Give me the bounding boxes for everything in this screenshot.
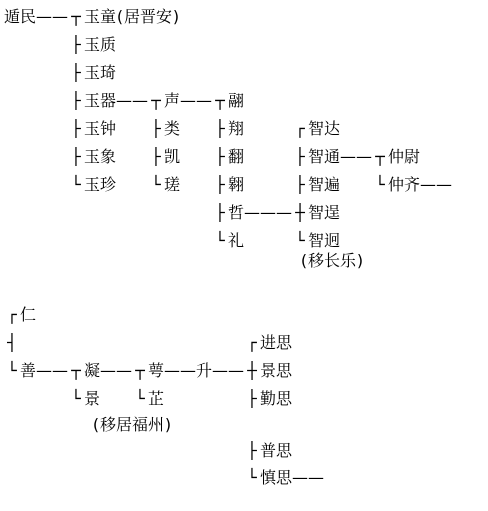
char-cell: — [420, 176, 436, 194]
char-cell: 遍 [324, 176, 340, 194]
char-cell: 景 [260, 362, 276, 380]
char-cell: — [244, 204, 260, 222]
line-zhitong-zhongwei: ├智通——┬仲尉 [292, 148, 420, 166]
char-cell: ├ [292, 148, 308, 166]
char-cell: ├ [212, 204, 228, 222]
char-cell: ┬ [68, 8, 84, 26]
char-cell: 晋 [140, 8, 156, 26]
char-cell: ├ [68, 64, 84, 82]
char-cell: ) [356, 252, 364, 270]
char-cell: ┌ [244, 334, 260, 352]
char-cell: 智 [308, 232, 324, 250]
char-cell: 瑳 [164, 176, 180, 194]
char-cell: ┬ [372, 148, 388, 166]
line-yuqi2-sheng-he: ├玉器——┬声——┬翮 [68, 92, 244, 110]
char-cell: ┼ [292, 204, 308, 222]
line-cuo: └瑳 [148, 176, 180, 194]
line-kai: ├凯 [148, 148, 180, 166]
line-li: └礼 [212, 232, 244, 250]
line-shan-ning-e-sheng-jingsi: └善——┬凝——┬萼——升——┼景思 [4, 362, 292, 380]
char-cell: ┤ [4, 334, 20, 352]
char-cell: 礼 [228, 232, 244, 250]
note-moved-changle: (移长乐) [300, 252, 364, 270]
char-cell: 仲 [388, 148, 404, 166]
line-yuzhen: └玉珍 [68, 176, 116, 194]
char-cell: 仲 [388, 176, 404, 194]
char-cell: 移 [100, 416, 116, 434]
char-cell: ( [92, 416, 100, 434]
char-cell: ├ [292, 176, 308, 194]
char-cell: └ [212, 232, 228, 250]
line-yuzhi: ├玉质 [68, 36, 116, 54]
char-cell: — [180, 362, 196, 380]
char-cell: └ [292, 232, 308, 250]
char-cell: 翔 [228, 120, 244, 138]
char-cell: — [308, 469, 324, 487]
char-cell: 善 [20, 362, 36, 380]
char-cell: — [116, 92, 132, 110]
char-cell: ┬ [68, 362, 84, 380]
char-cell: 乐 [340, 252, 356, 270]
char-cell: └ [372, 176, 388, 194]
line-fan: ├翻 [212, 148, 244, 166]
char-cell: ┌ [4, 306, 20, 324]
char-cell: — [100, 362, 116, 380]
char-cell: 居 [116, 416, 132, 434]
char-cell: ├ [148, 120, 164, 138]
char-cell: 思 [276, 469, 292, 487]
char-cell: ├ [244, 390, 260, 408]
char-cell: 长 [324, 252, 340, 270]
char-cell: — [132, 92, 148, 110]
line-qinsi: ├勤思 [244, 390, 292, 408]
char-cell: ┼ [244, 362, 260, 380]
char-cell: — [356, 148, 372, 166]
char-cell: 类 [164, 120, 180, 138]
line-zhe-zhicheng: ├哲———┼智逞 [212, 204, 340, 222]
char-cell: 声 [164, 92, 180, 110]
char-cell: — [196, 92, 212, 110]
char-cell: 钟 [100, 120, 116, 138]
char-cell: ├ [68, 148, 84, 166]
line-xiang: ├翔 [212, 120, 244, 138]
char-cell: ├ [244, 442, 260, 460]
char-cell: ) [164, 416, 172, 434]
line-ao: ├翱 [212, 176, 244, 194]
char-cell: 民 [20, 8, 36, 26]
line-dunmin-yutong: 遁民——┬玉童(居晋安) [4, 8, 180, 26]
char-cell: — [180, 92, 196, 110]
char-cell: 翱 [228, 176, 244, 194]
char-cell: 翮 [228, 92, 244, 110]
char-cell: 智 [308, 120, 324, 138]
char-cell: ) [172, 8, 180, 26]
char-cell: 琦 [100, 64, 116, 82]
char-cell: — [212, 362, 228, 380]
char-cell: 思 [276, 362, 292, 380]
char-cell: 珍 [100, 176, 116, 194]
line-yuxiang: ├玉象 [68, 148, 116, 166]
char-cell: — [276, 204, 292, 222]
char-cell: 玉 [84, 148, 100, 166]
char-cell: ( [300, 252, 308, 270]
char-cell: 尉 [404, 148, 420, 166]
char-cell: — [260, 204, 276, 222]
line-ren: ┌仁 [4, 306, 36, 324]
char-cell: ┬ [148, 92, 164, 110]
char-cell: 凝 [84, 362, 100, 380]
char-cell: ├ [212, 120, 228, 138]
char-cell: 仁 [20, 306, 36, 324]
char-cell: — [164, 362, 180, 380]
char-cell: — [52, 8, 68, 26]
char-cell: ├ [68, 120, 84, 138]
char-cell: 思 [276, 442, 292, 460]
char-cell: 通 [324, 148, 340, 166]
char-cell: 童 [100, 8, 116, 26]
char-cell: 芷 [148, 390, 164, 408]
char-cell: 遁 [4, 8, 20, 26]
char-cell: 智 [308, 148, 324, 166]
char-cell: 思 [276, 390, 292, 408]
char-cell: 升 [196, 362, 212, 380]
char-cell: └ [244, 469, 260, 487]
char-cell: 玉 [84, 36, 100, 54]
line-jinsi: ┌进思 [244, 334, 292, 352]
char-cell: — [436, 176, 452, 194]
char-cell: ├ [148, 148, 164, 166]
char-cell: └ [148, 176, 164, 194]
char-cell: ├ [68, 36, 84, 54]
char-cell: 智 [308, 176, 324, 194]
line-zhongqi: └仲齐—— [372, 176, 452, 194]
char-cell: 智 [308, 204, 324, 222]
char-cell: 思 [276, 334, 292, 352]
char-cell: 迥 [324, 232, 340, 250]
char-cell: — [340, 148, 356, 166]
char-cell: 达 [324, 120, 340, 138]
line-jing: └景 [68, 390, 100, 408]
char-cell: 玉 [84, 120, 100, 138]
char-cell: ├ [212, 148, 228, 166]
char-cell: 齐 [404, 176, 420, 194]
char-cell: 器 [100, 92, 116, 110]
char-cell: — [36, 8, 52, 26]
char-cell: ( [116, 8, 124, 26]
char-cell: — [292, 469, 308, 487]
char-cell: 居 [124, 8, 140, 26]
char-cell: 质 [100, 36, 116, 54]
char-cell: 福 [132, 416, 148, 434]
char-cell: 翻 [228, 148, 244, 166]
line-zhibian: ├智遍 [292, 176, 340, 194]
char-cell: 玉 [84, 64, 100, 82]
char-cell: 勤 [260, 390, 276, 408]
char-cell: 进 [260, 334, 276, 352]
char-cell: └ [4, 362, 20, 380]
char-cell: — [36, 362, 52, 380]
char-cell: — [116, 362, 132, 380]
line-pusi: ├普思 [244, 442, 292, 460]
line-zhi2: └芷 [132, 390, 164, 408]
char-cell: └ [132, 390, 148, 408]
line-shensi: └慎思—— [244, 469, 324, 487]
char-cell: 景 [84, 390, 100, 408]
char-cell: ┬ [212, 92, 228, 110]
line-lei: ├类 [148, 120, 180, 138]
char-cell: ├ [212, 176, 228, 194]
char-cell: — [52, 362, 68, 380]
char-cell: 象 [100, 148, 116, 166]
char-cell: 哲 [228, 204, 244, 222]
char-cell: 玉 [84, 176, 100, 194]
char-cell: 普 [260, 442, 276, 460]
line-yuqi: ├玉琦 [68, 64, 116, 82]
char-cell: 玉 [84, 8, 100, 26]
line-zhida: ┌智达 [292, 120, 340, 138]
char-cell: └ [68, 390, 84, 408]
char-cell: ┌ [292, 120, 308, 138]
char-cell: 玉 [84, 92, 100, 110]
char-cell: 萼 [148, 362, 164, 380]
note-moved-fuzhou: (移居福州) [92, 416, 172, 434]
char-cell: 慎 [260, 469, 276, 487]
char-cell: 凯 [164, 148, 180, 166]
char-cell: 州 [148, 416, 164, 434]
char-cell: 移 [308, 252, 324, 270]
char-cell: ┬ [132, 362, 148, 380]
char-cell: └ [68, 176, 84, 194]
genealogy-canvas: 遁民——┬玉童(居晋安)├玉质├玉琦├玉器——┬声——┬翮├玉钟├类├翔┌智达├… [0, 0, 488, 511]
char-cell: 逞 [324, 204, 340, 222]
char-cell: 安 [156, 8, 172, 26]
line-trunk-tee: ┤ [4, 334, 20, 352]
char-cell: ├ [68, 92, 84, 110]
line-yuzhong: ├玉钟 [68, 120, 116, 138]
char-cell: — [228, 362, 244, 380]
line-zhijiong: └智迥 [292, 232, 340, 250]
